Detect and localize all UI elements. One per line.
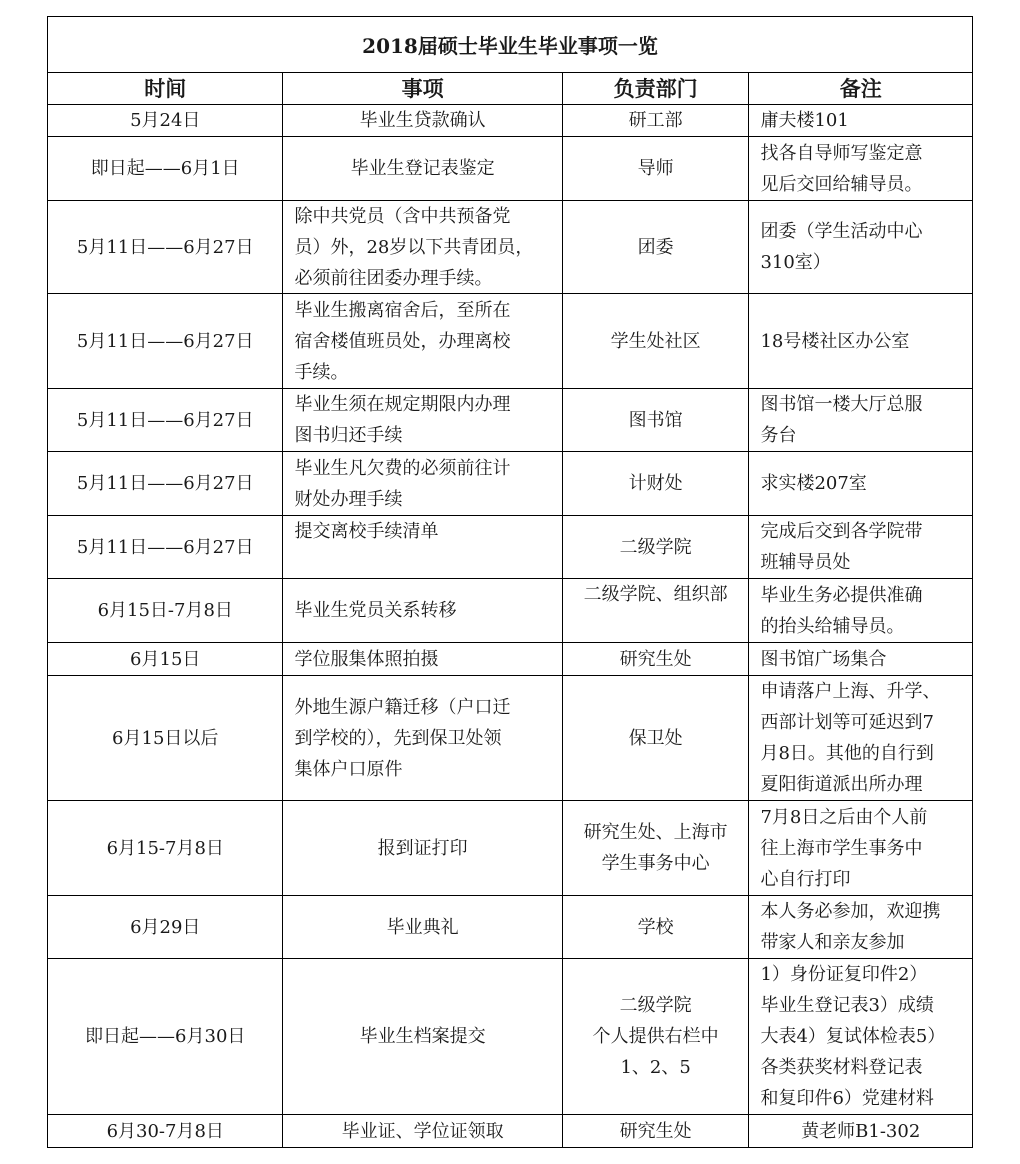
cell-text-line: 6月30-7月8日: [107, 1116, 224, 1147]
header-dept: 负责部门: [562, 73, 749, 104]
cell-time: 6月15日: [48, 643, 282, 675]
cell-text-line: 带家人和亲友参加: [760, 927, 968, 958]
cell-note: 黄老师B1-302: [748, 1115, 972, 1147]
cell-text-line: 18号楼社区办公室: [760, 326, 968, 357]
cell-text-line: 毕业生贷款确认: [360, 105, 486, 136]
header-item: 事项: [282, 73, 561, 104]
cell-text-line: 毕业生须在规定期限内办理: [294, 389, 557, 420]
cell-time: 5月11日——6月27日: [48, 201, 282, 293]
cell-note: 完成后交到各学院带班辅导员处: [748, 516, 972, 578]
cell-note: 找各自导师写鉴定意见后交回给辅导员。: [748, 137, 972, 200]
cell-text-line: 保卫处: [629, 723, 683, 754]
cell-text-line: 图书馆广场集合: [760, 644, 968, 675]
cell-item: 除中共党员（含中共预备党员）外，28岁以下共青团员，必须前往团委办理手续。: [282, 201, 561, 293]
cell-text-line: 团委（学生活动中心: [760, 216, 968, 247]
cell-text-line: 7月8日之后由个人前: [760, 802, 968, 833]
cell-item: 毕业生登记表鉴定: [282, 137, 561, 200]
cell-dept: 研究生处: [562, 1115, 749, 1147]
cell-text-line: 完成后交到各学院带: [760, 516, 968, 547]
cell-text-line: 毕业生档案提交: [360, 1021, 486, 1052]
cell-item: 毕业证、学位证领取: [282, 1115, 561, 1147]
table-row: 即日起——6月1日毕业生登记表鉴定导师找各自导师写鉴定意见后交回给辅导员。: [48, 137, 972, 201]
cell-text-line: 报到证打印: [378, 833, 468, 864]
cell-text-line: 二级学院: [620, 990, 692, 1021]
cell-text-line: 提交离校手续清单: [294, 516, 557, 547]
cell-text-line: 6月15-7月8日: [107, 833, 224, 864]
cell-text-line: 图书馆: [629, 405, 683, 436]
table-row: 即日起——6月30日毕业生档案提交二级学院个人提供右栏中1、2、51）身份证复印…: [48, 959, 972, 1115]
cell-note: 团委（学生活动中心310室）: [748, 201, 972, 293]
cell-item: 毕业生凡欠费的必须前往计财处办理手续: [282, 452, 561, 515]
cell-text-line: 大表4）复试体检表5）: [760, 1021, 968, 1052]
cell-time: 5月24日: [48, 105, 282, 136]
cell-text-line: 学校: [638, 912, 674, 943]
cell-text-line: 的抬头给辅导员。: [760, 611, 968, 642]
cell-text-line: 310室）: [760, 247, 968, 278]
cell-note: 1）身份证复印件2）毕业生登记表3）成绩大表4）复试体检表5）各类获奖材料登记表…: [748, 959, 972, 1114]
cell-text-line: 二级学院、组织部: [584, 579, 728, 610]
table-row: 6月15-7月8日报到证打印研究生处、上海市学生事务中心7月8日之后由个人前往上…: [48, 801, 972, 896]
cell-item: 学位服集体照拍摄: [282, 643, 561, 675]
cell-text-line: 6月15日: [130, 644, 200, 675]
table-row: 6月15日-7月8日毕业生党员关系转移二级学院、组织部毕业生务必提供准确的抬头给…: [48, 579, 972, 643]
cell-note: 本人务必参加，欢迎携带家人和亲友参加: [748, 896, 972, 958]
cell-text-line: 图书归还手续: [294, 420, 557, 451]
cell-text-line: 毕业生凡欠费的必须前往计: [294, 453, 557, 484]
cell-text-line: 找各自导师写鉴定意: [760, 138, 968, 169]
cell-item: 毕业生党员关系转移: [282, 579, 561, 642]
cell-text-line: 毕业生登记表3）成绩: [760, 990, 968, 1021]
cell-time: 5月11日——6月27日: [48, 294, 282, 388]
cell-item: 毕业典礼: [282, 896, 561, 958]
cell-text-line: 除中共党员（含中共预备党: [294, 201, 557, 232]
cell-text-line: 到学校的），先到保卫处领: [294, 723, 557, 754]
cell-time: 5月11日——6月27日: [48, 389, 282, 451]
cell-time: 5月11日——6月27日: [48, 516, 282, 578]
header-time: 时间: [48, 73, 282, 104]
cell-text-line: 本人务必参加，欢迎携: [760, 896, 968, 927]
cell-text-line: 5月11日——6月27日: [77, 468, 254, 499]
cell-text-line: 学生事务中心: [602, 848, 710, 879]
cell-text-line: 1）身份证复印件2）: [760, 959, 968, 990]
cell-dept: 学生处社区: [562, 294, 749, 388]
graduation-schedule-table: 2018届硕士毕业生毕业事项一览 时间 事项 负责部门 备注 5月24日毕业生贷…: [47, 16, 973, 1148]
cell-text-line: 宿舍楼值班员处，办理离校: [294, 326, 557, 357]
cell-text-line: 5月11日——6月27日: [77, 405, 254, 436]
cell-text-line: 图书馆一楼大厅总服: [760, 389, 968, 420]
cell-dept: 导师: [562, 137, 749, 200]
table-row: 5月11日——6月27日提交离校手续清单二级学院完成后交到各学院带班辅导员处: [48, 516, 972, 579]
table-row: 5月11日——6月27日毕业生须在规定期限内办理图书归还手续图书馆图书馆一楼大厅…: [48, 389, 972, 452]
cell-time: 即日起——6月30日: [48, 959, 282, 1114]
cell-text-line: 毕业生务必提供准确: [760, 580, 968, 611]
cell-text-line: 即日起——6月1日: [91, 153, 240, 184]
cell-text-line: 财处办理手续: [294, 484, 557, 515]
cell-dept: 二级学院: [562, 516, 749, 578]
cell-text-line: 即日起——6月30日: [85, 1021, 245, 1052]
cell-text-line: 研究生处: [620, 1116, 692, 1147]
cell-text-line: 研究生处、上海市: [584, 817, 728, 848]
cell-text-line: 6月29日: [130, 912, 200, 943]
table-row: 5月11日——6月27日毕业生凡欠费的必须前往计财处办理手续计财处求实楼207室: [48, 452, 972, 516]
cell-text-line: 必须前往团委办理手续。: [294, 263, 557, 294]
cell-text-line: 研工部: [629, 105, 683, 136]
cell-text-line: 1、2、5: [620, 1052, 690, 1083]
cell-text-line: 计财处: [629, 468, 683, 499]
header-note: 备注: [748, 73, 972, 104]
cell-time: 即日起——6月1日: [48, 137, 282, 200]
cell-note: 18号楼社区办公室: [748, 294, 972, 388]
table-title: 2018届硕士毕业生毕业事项一览: [48, 17, 972, 73]
cell-text-line: 外地生源户籍迁移（户口迁: [294, 692, 557, 723]
cell-time: 6月15-7月8日: [48, 801, 282, 895]
cell-text-line: 西部计划等可延迟到7: [760, 707, 968, 738]
cell-text-line: 5月24日: [130, 105, 200, 136]
cell-dept: 研究生处、上海市学生事务中心: [562, 801, 749, 895]
cell-note: 求实楼207室: [748, 452, 972, 515]
cell-time: 5月11日——6月27日: [48, 452, 282, 515]
cell-text-line: 毕业证、学位证领取: [342, 1116, 504, 1147]
cell-item: 毕业生档案提交: [282, 959, 561, 1114]
cell-item: 报到证打印: [282, 801, 561, 895]
cell-dept: 研究生处: [562, 643, 749, 675]
cell-text-line: 5月11日——6月27日: [77, 532, 254, 563]
cell-item: 提交离校手续清单: [282, 516, 561, 578]
cell-time: 6月30-7月8日: [48, 1115, 282, 1147]
cell-text-line: 和复印件6）党建材料: [760, 1083, 968, 1114]
cell-text-line: 6月15日-7月8日: [98, 595, 233, 626]
cell-text-line: 学位服集体照拍摄: [294, 644, 557, 675]
cell-text-line: 庸夫楼101: [760, 105, 968, 136]
cell-text-line: 手续。: [294, 357, 557, 388]
cell-dept: 学校: [562, 896, 749, 958]
cell-note: 图书馆广场集合: [748, 643, 972, 675]
table-row: 6月15日以后外地生源户籍迁移（户口迁到学校的），先到保卫处领集体户口原件保卫处…: [48, 676, 972, 801]
cell-text-line: 团委: [638, 232, 674, 263]
table-row: 5月11日——6月27日除中共党员（含中共预备党员）外，28岁以下共青团员，必须…: [48, 201, 972, 294]
cell-text-line: 5月11日——6月27日: [77, 326, 254, 357]
cell-text-line: 务台: [760, 420, 968, 451]
table-row: 6月30-7月8日毕业证、学位证领取研究生处黄老师B1-302: [48, 1115, 972, 1147]
cell-item: 毕业生搬离宿舍后，至所在宿舍楼值班员处，办理离校手续。: [282, 294, 561, 388]
cell-text-line: 心自行打印: [760, 864, 968, 895]
cell-dept: 研工部: [562, 105, 749, 136]
cell-dept: 二级学院、组织部: [562, 579, 749, 642]
table-row: 6月15日学位服集体照拍摄研究生处图书馆广场集合: [48, 643, 972, 676]
cell-dept: 二级学院个人提供右栏中1、2、5: [562, 959, 749, 1114]
cell-text-line: 毕业生登记表鉴定: [351, 153, 495, 184]
cell-text-line: 往上海市学生事务中: [760, 833, 968, 864]
cell-note: 庸夫楼101: [748, 105, 972, 136]
cell-text-line: 毕业生党员关系转移: [294, 595, 557, 626]
cell-text-line: 毕业典礼: [387, 912, 459, 943]
cell-time: 6月15日-7月8日: [48, 579, 282, 642]
cell-dept: 保卫处: [562, 676, 749, 800]
cell-text-line: 个人提供右栏中: [593, 1021, 719, 1052]
cell-text-line: 见后交回给辅导员。: [760, 169, 968, 200]
cell-dept: 团委: [562, 201, 749, 293]
cell-note: 毕业生务必提供准确的抬头给辅导员。: [748, 579, 972, 642]
cell-text-line: 毕业生搬离宿舍后，至所在: [294, 295, 557, 326]
cell-text-line: 求实楼207室: [760, 468, 968, 499]
cell-text-line: 研究生处: [620, 644, 692, 675]
cell-note: 7月8日之后由个人前往上海市学生事务中心自行打印: [748, 801, 972, 895]
cell-text-line: 5月11日——6月27日: [77, 232, 254, 263]
table-row: 5月24日毕业生贷款确认研工部庸夫楼101: [48, 105, 972, 137]
cell-text-line: 班辅导员处: [760, 547, 968, 578]
cell-text-line: 员）外，28岁以下共青团员，: [294, 232, 557, 263]
cell-text-line: 夏阳街道派出所办理: [760, 769, 968, 800]
cell-text-line: 黄老师B1-302: [801, 1116, 920, 1147]
cell-item: 毕业生贷款确认: [282, 105, 561, 136]
cell-time: 6月15日以后: [48, 676, 282, 800]
cell-text-line: 二级学院: [620, 532, 692, 563]
cell-item: 外地生源户籍迁移（户口迁到学校的），先到保卫处领集体户口原件: [282, 676, 561, 800]
header-row: 时间 事项 负责部门 备注: [48, 73, 972, 105]
cell-dept: 图书馆: [562, 389, 749, 451]
table-row: 6月29日毕业典礼学校本人务必参加，欢迎携带家人和亲友参加: [48, 896, 972, 959]
cell-text-line: 学生处社区: [611, 326, 701, 357]
cell-dept: 计财处: [562, 452, 749, 515]
cell-text-line: 月8日。其他的自行到: [760, 738, 968, 769]
cell-text-line: 导师: [638, 153, 674, 184]
cell-note: 申请落户上海、升学、西部计划等可延迟到7月8日。其他的自行到夏阳街道派出所办理: [748, 676, 972, 800]
cell-time: 6月29日: [48, 896, 282, 958]
cell-text-line: 6月15日以后: [112, 723, 218, 754]
cell-text-line: 申请落户上海、升学、: [760, 676, 968, 707]
table-row: 5月11日——6月27日毕业生搬离宿舍后，至所在宿舍楼值班员处，办理离校手续。学…: [48, 294, 972, 389]
cell-text-line: 集体户口原件: [294, 754, 557, 785]
cell-note: 图书馆一楼大厅总服务台: [748, 389, 972, 451]
cell-item: 毕业生须在规定期限内办理图书归还手续: [282, 389, 561, 451]
cell-text-line: 各类获奖材料登记表: [760, 1052, 968, 1083]
